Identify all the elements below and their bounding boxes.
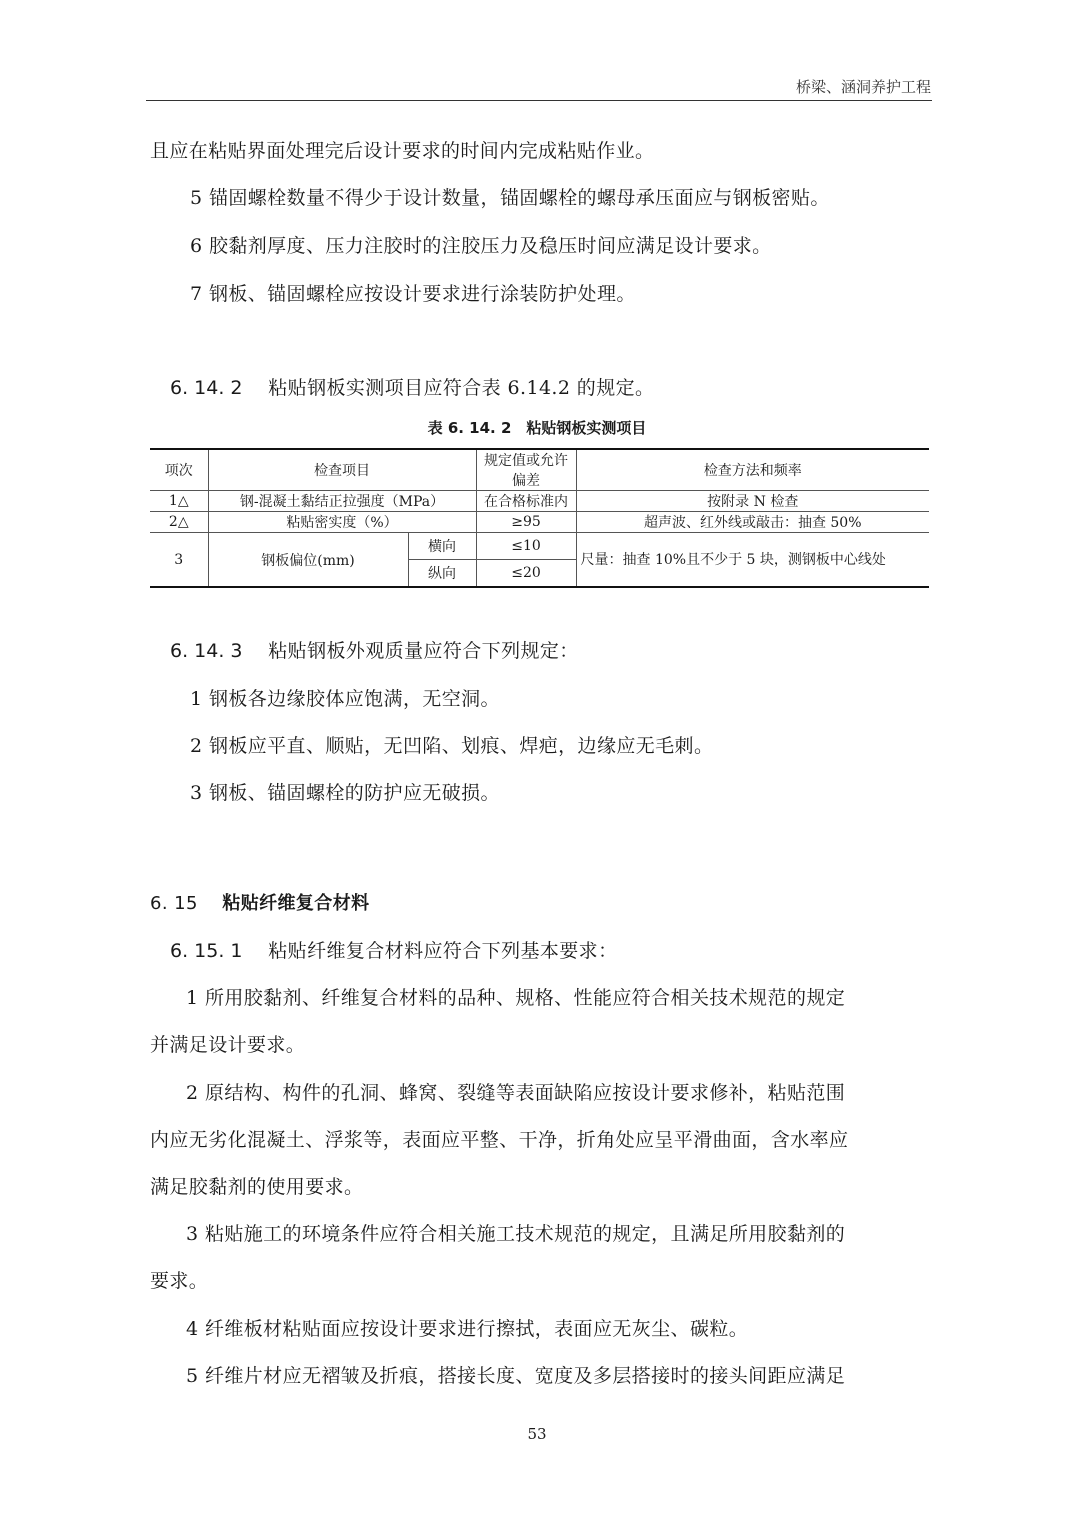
table-row: 1△ 钢-混凝土黏结正拉强度（MPa） 在合格标准内 按附录 N 检查	[150, 491, 929, 512]
cell-item: 钢-混凝土黏结正拉强度（MPa）	[208, 491, 476, 512]
header-cell: 检查方法和频率	[576, 449, 929, 491]
item-text: 钢板应平直、顺贴，无凹陷、划痕、焊疤，边缘应无毛刺。	[209, 735, 713, 757]
section-number: 6. 15	[150, 893, 198, 914]
paragraph-continuation: 且应在粘贴界面处理完后设计要求的时间内完成粘贴作业。	[150, 136, 654, 163]
header-cell: 检查项目	[208, 449, 476, 491]
item-continuation: 满足胶黏剂的使用要求。	[150, 1172, 363, 1199]
cell-value: 在合格标准内	[476, 491, 576, 512]
item-text: 粘贴施工的环境条件应符合相关施工技术规范的规定，且满足所用胶黏剂的	[205, 1223, 845, 1245]
item-number: 6	[190, 235, 203, 257]
item-continuation: 并满足设计要求。	[150, 1030, 305, 1057]
inspection-table: 项次 检查项目 规定值或允许偏差 检查方法和频率 1△ 钢-混凝土黏结正拉强度（…	[150, 448, 929, 588]
clause-number: 6. 14. 3	[170, 640, 243, 662]
item-text: 钢板、锚固螺栓的防护应无破损。	[209, 782, 500, 804]
cell-direction: 纵向	[408, 560, 476, 588]
section-heading-6-15: 6. 15 粘贴纤维复合材料	[150, 889, 370, 915]
list-item: 2 钢板应平直、顺贴，无凹陷、划痕、焊疤，边缘应无毛刺。	[190, 731, 713, 758]
cell-item: 钢板偏位(mm)	[208, 533, 408, 588]
item-number: 3	[186, 1223, 199, 1245]
cell-no: 3	[150, 533, 208, 588]
item-text: 钢板各边缘胶体应饱满，无空洞。	[209, 688, 500, 710]
table-header-row: 项次 检查项目 规定值或允许偏差 检查方法和频率	[150, 449, 929, 491]
clause-6-15-1: 6. 15. 1 粘贴纤维复合材料应符合下列基本要求：	[170, 936, 617, 963]
item-text: 锚固螺栓数量不得少于设计数量，锚固螺栓的螺母承压面应与钢板密贴。	[209, 187, 830, 209]
table-row: 3 钢板偏位(mm) 横向 ≤10 尺量：抽查 10%且不少于 5 块，测钢板中…	[150, 533, 929, 560]
header-cell: 项次	[150, 449, 208, 491]
list-item: 5 纤维片材应无褶皱及折痕，搭接长度、宽度及多层搭接时的接头间距应满足	[186, 1361, 845, 1388]
list-item: 2 原结构、构件的孔洞、蜂窝、裂缝等表面缺陷应按设计要求修补，粘贴范围	[186, 1078, 845, 1105]
cell-value: ≤20	[476, 560, 576, 588]
item-number: 7	[190, 283, 203, 305]
item-number: 1	[190, 688, 203, 710]
list-item: 1 所用胶黏剂、纤维复合材料的品种、规格、性能应符合相关技术规范的规定	[186, 983, 845, 1010]
clause-text: 粘贴钢板实测项目应符合表 6.14.2 的规定。	[268, 377, 654, 399]
cell-method: 超声波、红外线或敲击：抽查 50%	[576, 512, 929, 533]
item-number: 5	[186, 1365, 199, 1387]
clause-6-14-2: 6. 14. 2 粘贴钢板实测项目应符合表 6.14.2 的规定。	[170, 373, 654, 400]
cell-value: ≥95	[476, 512, 576, 533]
item-text: 所用胶黏剂、纤维复合材料的品种、规格、性能应符合相关技术规范的规定	[205, 987, 845, 1009]
section-title: 粘贴纤维复合材料	[222, 893, 369, 914]
cell-no: 2△	[150, 512, 208, 533]
page-number: 53	[0, 1425, 1074, 1443]
cell-value: ≤10	[476, 533, 576, 560]
item-text: 胶黏剂厚度、压力注胶时的注胶压力及稳压时间应满足设计要求。	[209, 235, 772, 257]
list-item: 6 胶黏剂厚度、压力注胶时的注胶压力及稳压时间应满足设计要求。	[190, 231, 772, 258]
item-number: 1	[186, 987, 199, 1009]
item-number: 5	[190, 187, 203, 209]
item-number: 2	[186, 1082, 199, 1104]
cell-direction: 横向	[408, 533, 476, 560]
clause-6-14-3: 6. 14. 3 粘贴钢板外观质量应符合下列规定：	[170, 636, 579, 663]
item-text: 原结构、构件的孔洞、蜂窝、裂缝等表面缺陷应按设计要求修补，粘贴范围	[205, 1082, 845, 1104]
item-continuation: 内应无劣化混凝土、浮浆等，表面应平整、干净，折角处应呈平滑曲面，含水率应	[150, 1125, 848, 1152]
clause-number: 6. 14. 2	[170, 377, 243, 399]
table-caption: 表 6. 14. 2 粘贴钢板实测项目	[0, 417, 1074, 438]
item-text: 纤维板材粘贴面应按设计要求进行擦拭，表面应无灰尘、碳粒。	[205, 1318, 748, 1340]
item-text: 纤维片材应无褶皱及折痕，搭接长度、宽度及多层搭接时的接头间距应满足	[205, 1365, 845, 1387]
header-cell: 规定值或允许偏差	[476, 449, 576, 491]
item-number: 3	[190, 782, 203, 804]
clause-text: 粘贴纤维复合材料应符合下列基本要求：	[268, 940, 617, 962]
item-number: 4	[186, 1318, 199, 1340]
cell-item: 粘贴密实度（%）	[208, 512, 476, 533]
cell-method: 尺量：抽查 10%且不少于 5 块，测钢板中心线处	[576, 533, 929, 588]
list-item: 1 钢板各边缘胶体应饱满，无空洞。	[190, 684, 500, 711]
item-continuation: 要求。	[150, 1266, 208, 1293]
list-item: 3 钢板、锚固螺栓的防护应无破损。	[190, 778, 500, 805]
list-item: 7 钢板、锚固螺栓应按设计要求进行涂装防护处理。	[190, 279, 636, 306]
list-item: 5 锚固螺栓数量不得少于设计数量，锚固螺栓的螺母承压面应与钢板密贴。	[190, 183, 830, 210]
cell-no: 1△	[150, 491, 208, 512]
item-text: 钢板、锚固螺栓应按设计要求进行涂装防护处理。	[209, 283, 636, 305]
cell-method: 按附录 N 检查	[576, 491, 929, 512]
header-divider	[146, 100, 932, 101]
clause-text: 粘贴钢板外观质量应符合下列规定：	[268, 640, 578, 662]
table-row: 2△ 粘贴密实度（%） ≥95 超声波、红外线或敲击：抽查 50%	[150, 512, 929, 533]
item-number: 2	[190, 735, 203, 757]
list-item: 3 粘贴施工的环境条件应符合相关施工技术规范的规定，且满足所用胶黏剂的	[186, 1219, 845, 1246]
clause-number: 6. 15. 1	[170, 940, 243, 962]
list-item: 4 纤维板材粘贴面应按设计要求进行擦拭，表面应无灰尘、碳粒。	[186, 1314, 748, 1341]
running-header-title: 桥梁、涵洞养护工程	[796, 76, 931, 97]
